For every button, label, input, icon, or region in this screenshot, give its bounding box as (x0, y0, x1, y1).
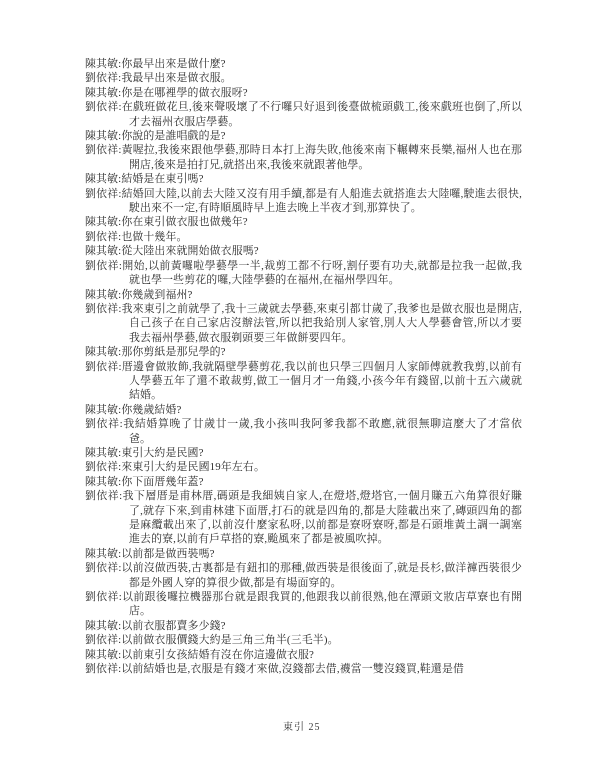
dialogue-text: 以前衣服都賣多少錢? (121, 620, 225, 632)
speaker-name: 劉依祥 (85, 188, 118, 200)
speaker-name: 陳其敏 (85, 620, 118, 632)
dialogue-text: 以前做衣服價錢大約是三角三角半(三毛半)。 (121, 634, 338, 646)
speaker-name: 陳其敏 (85, 87, 118, 99)
speaker-name: 劉依祥 (85, 144, 118, 156)
speaker-name: 劉依祥 (85, 260, 119, 272)
dialogue-entry: 劉依祥:以前沒做西裝,古裏都是有鈕扣的那種,做西裝是很後面了,就是長杉,做洋褲西… (85, 561, 522, 590)
dialogue-entry: 陳其敏:從大陸出來就開始做衣服嗎? (85, 244, 522, 258)
dialogue-text: 你最早出來是做什麼? (121, 58, 225, 70)
dialogue-entry: 陳其敏:結婚是在東引嗎? (85, 172, 522, 186)
dialogue-text: 在戲班做花旦,後來聲吸壞了不行囉只好退到後臺做梳頭戲工,後來戲班也倒了,所以才去… (122, 101, 522, 127)
speaker-name: 陳其敏 (85, 447, 118, 459)
speaker-name: 陳其敏 (85, 404, 118, 416)
speaker-name: 陳其敏 (85, 289, 118, 301)
speaker-name: 陳其敏 (85, 476, 118, 488)
dialogue-text: 我結婚算晚了廿歲廿一歲,我小孩叫我阿爹我都不敢應,就很無聊這麼大了才當依爸。 (123, 418, 522, 444)
speaker-name: 劉依祥 (85, 634, 118, 646)
speaker-name: 劉依祥 (85, 562, 118, 574)
document-page: 陳其敏:你最早出來是做什麼?劉依祥:我最早出來是做衣服。陳其敏:你是在哪裡學的做… (0, 0, 600, 776)
dialogue-text: 以前都是做西裝嗎? (121, 548, 214, 560)
speaker-name: 劉依祥 (85, 72, 118, 84)
dialogue-entry: 劉依祥:也做十幾年。 (85, 230, 522, 244)
dialogue-text: 從大陸出來就開始做衣服嗎? (121, 245, 258, 257)
dialogue-entry: 陳其敏:以前都是做西裝嗎? (85, 547, 522, 561)
speaker-name: 陳其敏 (85, 346, 118, 358)
dialogue-text: 你說的是誰唱戲的是? (121, 130, 225, 142)
speaker-name: 劉依祥 (85, 418, 120, 430)
dialogue-entry: 劉依祥:黃喔拉,我後來跟他學藝,那時日本打上海失敗,他後來南下輾轉來長樂,福州人… (85, 143, 522, 172)
dialogue-entry: 陳其敏:以前衣服都賣多少錢? (85, 619, 522, 633)
dialogue-entry: 陳其敏:你下面厝幾年蓋? (85, 475, 522, 489)
dialogue-entry: 劉依祥:我下層厝是甫林厝,碼頭是我細姨自家人,在燈塔,燈塔官,一個月賺五六角算很… (85, 489, 522, 547)
interview-transcript: 陳其敏:你最早出來是做什麼?劉依祥:我最早出來是做衣服。陳其敏:你是在哪裡學的做… (85, 57, 522, 676)
dialogue-entry: 劉依祥:在戲班做花旦,後來聲吸壞了不行囉只好退到後臺做梳頭戲工,後來戲班也倒了,… (85, 100, 522, 129)
dialogue-entry: 陳其敏:你幾歲到福州? (85, 288, 522, 302)
dialogue-entry: 陳其敏:你幾歲結婚? (85, 403, 522, 417)
dialogue-entry: 陳其敏:以前東引女孩結婚有沒在你這邊做衣服? (85, 648, 522, 662)
dialogue-entry: 劉依祥:厝邊會做妝飾,我就隔壁學藝剪花,我以前也只學三四個月人家師傅就教我剪,以… (85, 360, 522, 403)
speaker-name: 劉依祥 (85, 231, 118, 243)
dialogue-entry: 劉依祥:結婚回大陸,以前去大陸又沒有用手續,都是有人船進去就搭進去大陸囉,駛進去… (85, 187, 522, 216)
dialogue-entry: 陳其敏:你說的是誰唱戲的是? (85, 129, 522, 143)
dialogue-text: 那你剪紙是那兒學的? (121, 346, 225, 358)
dialogue-entry: 劉依祥:以前做衣服價錢大約是三角三角半(三毛半)。 (85, 633, 522, 647)
dialogue-text: 厝邊會做妝飾,我就隔壁學藝剪花,我以前也只學三四個月人家師傅就教我剪,以前有人學… (122, 361, 522, 402)
dialogue-text: 結婚是在東引嗎? (121, 173, 203, 185)
speaker-name: 劉依祥 (85, 461, 118, 473)
dialogue-text: 我來東引之前就學了,我十三歲就去學藝,來東引都廿歲了,我爹也是做衣服也是開店,自… (122, 303, 522, 344)
dialogue-text: 結婚回大陸,以前去大陸又沒有用手續,都是有人船進去就搭進去大陸囉,駛進去很快,駛… (122, 188, 522, 214)
dialogue-text: 來東引大約是民國19年左右。 (121, 461, 265, 473)
dialogue-entry: 陳其敏:你是在哪裡學的做衣服呀? (85, 86, 522, 100)
dialogue-text: 我最早出來是做衣服。 (121, 72, 231, 84)
dialogue-entry: 劉依祥:以前跟後囉拉機器那台就是跟我買的,他跟我以前很熟,他在潭頭文妝店草寮也有… (85, 590, 522, 619)
dialogue-text: 以前結婚也是,衣服是有錢才來做,沒錢都去借,襪當一雙沒錢買,鞋還是借 (121, 663, 464, 675)
dialogue-text: 以前東引女孩結婚有沒在你這邊做衣服? (121, 649, 314, 661)
page-footer: 東引 25 (283, 718, 321, 733)
dialogue-entry: 陳其敏:你在東引做衣服也做幾年? (85, 215, 522, 229)
speaker-name: 陳其敏 (85, 649, 118, 661)
speaker-name: 陳其敏 (85, 245, 118, 257)
speaker-name: 劉依祥 (85, 490, 119, 502)
dialogue-text: 開始,以前黃囉啦學藝學一半,裁剪工都不行呀,割仔要有功夫,就都是拉我一起做,我就… (122, 260, 522, 286)
dialogue-text: 以前沒做西裝,古裏都是有鈕扣的那種,做西裝是很後面了,就是長杉,做洋褲西裝很少都… (122, 562, 522, 588)
speaker-name: 劉依祥 (85, 361, 119, 373)
dialogue-entry: 劉依祥:我來東引之前就學了,我十三歲就去學藝,來東引都廿歲了,我爹也是做衣服也是… (85, 302, 522, 345)
dialogue-entry: 劉依祥:我結婚算晚了廿歲廿一歲,我小孩叫我阿爹我都不敢應,就很無聊這麼大了才當依… (85, 417, 522, 446)
speaker-name: 陳其敏 (85, 58, 118, 70)
speaker-name: 劉依祥 (85, 303, 118, 315)
speaker-name: 劉依祥 (85, 663, 118, 675)
dialogue-entry: 劉依祥:我最早出來是做衣服。 (85, 71, 522, 85)
speaker-name: 劉依祥 (85, 591, 119, 603)
speaker-name: 陳其敏 (85, 216, 118, 228)
dialogue-text: 你幾歲到福州? (121, 289, 192, 301)
dialogue-text: 黃喔拉,我後來跟他學藝,那時日本打上海失敗,他後來南下輾轉來長樂,福州人也在那開… (122, 144, 522, 170)
dialogue-entry: 劉依祥:開始,以前黃囉啦學藝學一半,裁剪工都不行呀,割仔要有功夫,就都是拉我一起… (85, 259, 522, 288)
dialogue-entry: 劉依祥:來東引大約是民國19年左右。 (85, 460, 522, 474)
dialogue-entry: 陳其敏:東引大約是民國? (85, 446, 522, 460)
dialogue-text: 你在東引做衣服也做幾年? (121, 216, 247, 228)
dialogue-text: 你下面厝幾年蓋? (121, 476, 203, 488)
dialogue-text: 以前跟後囉拉機器那台就是跟我買的,他跟我以前很熟,他在潭頭文妝店草寮也有開店。 (122, 591, 522, 617)
dialogue-entry: 劉依祥:以前結婚也是,衣服是有錢才來做,沒錢都去借,襪當一雙沒錢買,鞋還是借 (85, 662, 522, 676)
speaker-name: 陳其敏 (85, 173, 118, 185)
dialogue-text: 也做十幾年。 (121, 231, 187, 243)
dialogue-text: 你是在哪裡學的做衣服呀? (121, 87, 247, 99)
speaker-name: 劉依祥 (85, 101, 119, 113)
dialogue-entry: 陳其敏:那你剪紙是那兒學的? (85, 345, 522, 359)
dialogue-text: 你幾歲結婚? (121, 404, 181, 416)
dialogue-entry: 陳其敏:你最早出來是做什麼? (85, 57, 522, 71)
dialogue-text: 東引大約是民國? (121, 447, 203, 459)
speaker-name: 陳其敏 (85, 548, 118, 560)
speaker-name: 陳其敏 (85, 130, 118, 142)
dialogue-text: 我下層厝是甫林厝,碼頭是我細姨自家人,在燈塔,燈塔官,一個月賺五六角算很好賺了,… (122, 490, 522, 545)
